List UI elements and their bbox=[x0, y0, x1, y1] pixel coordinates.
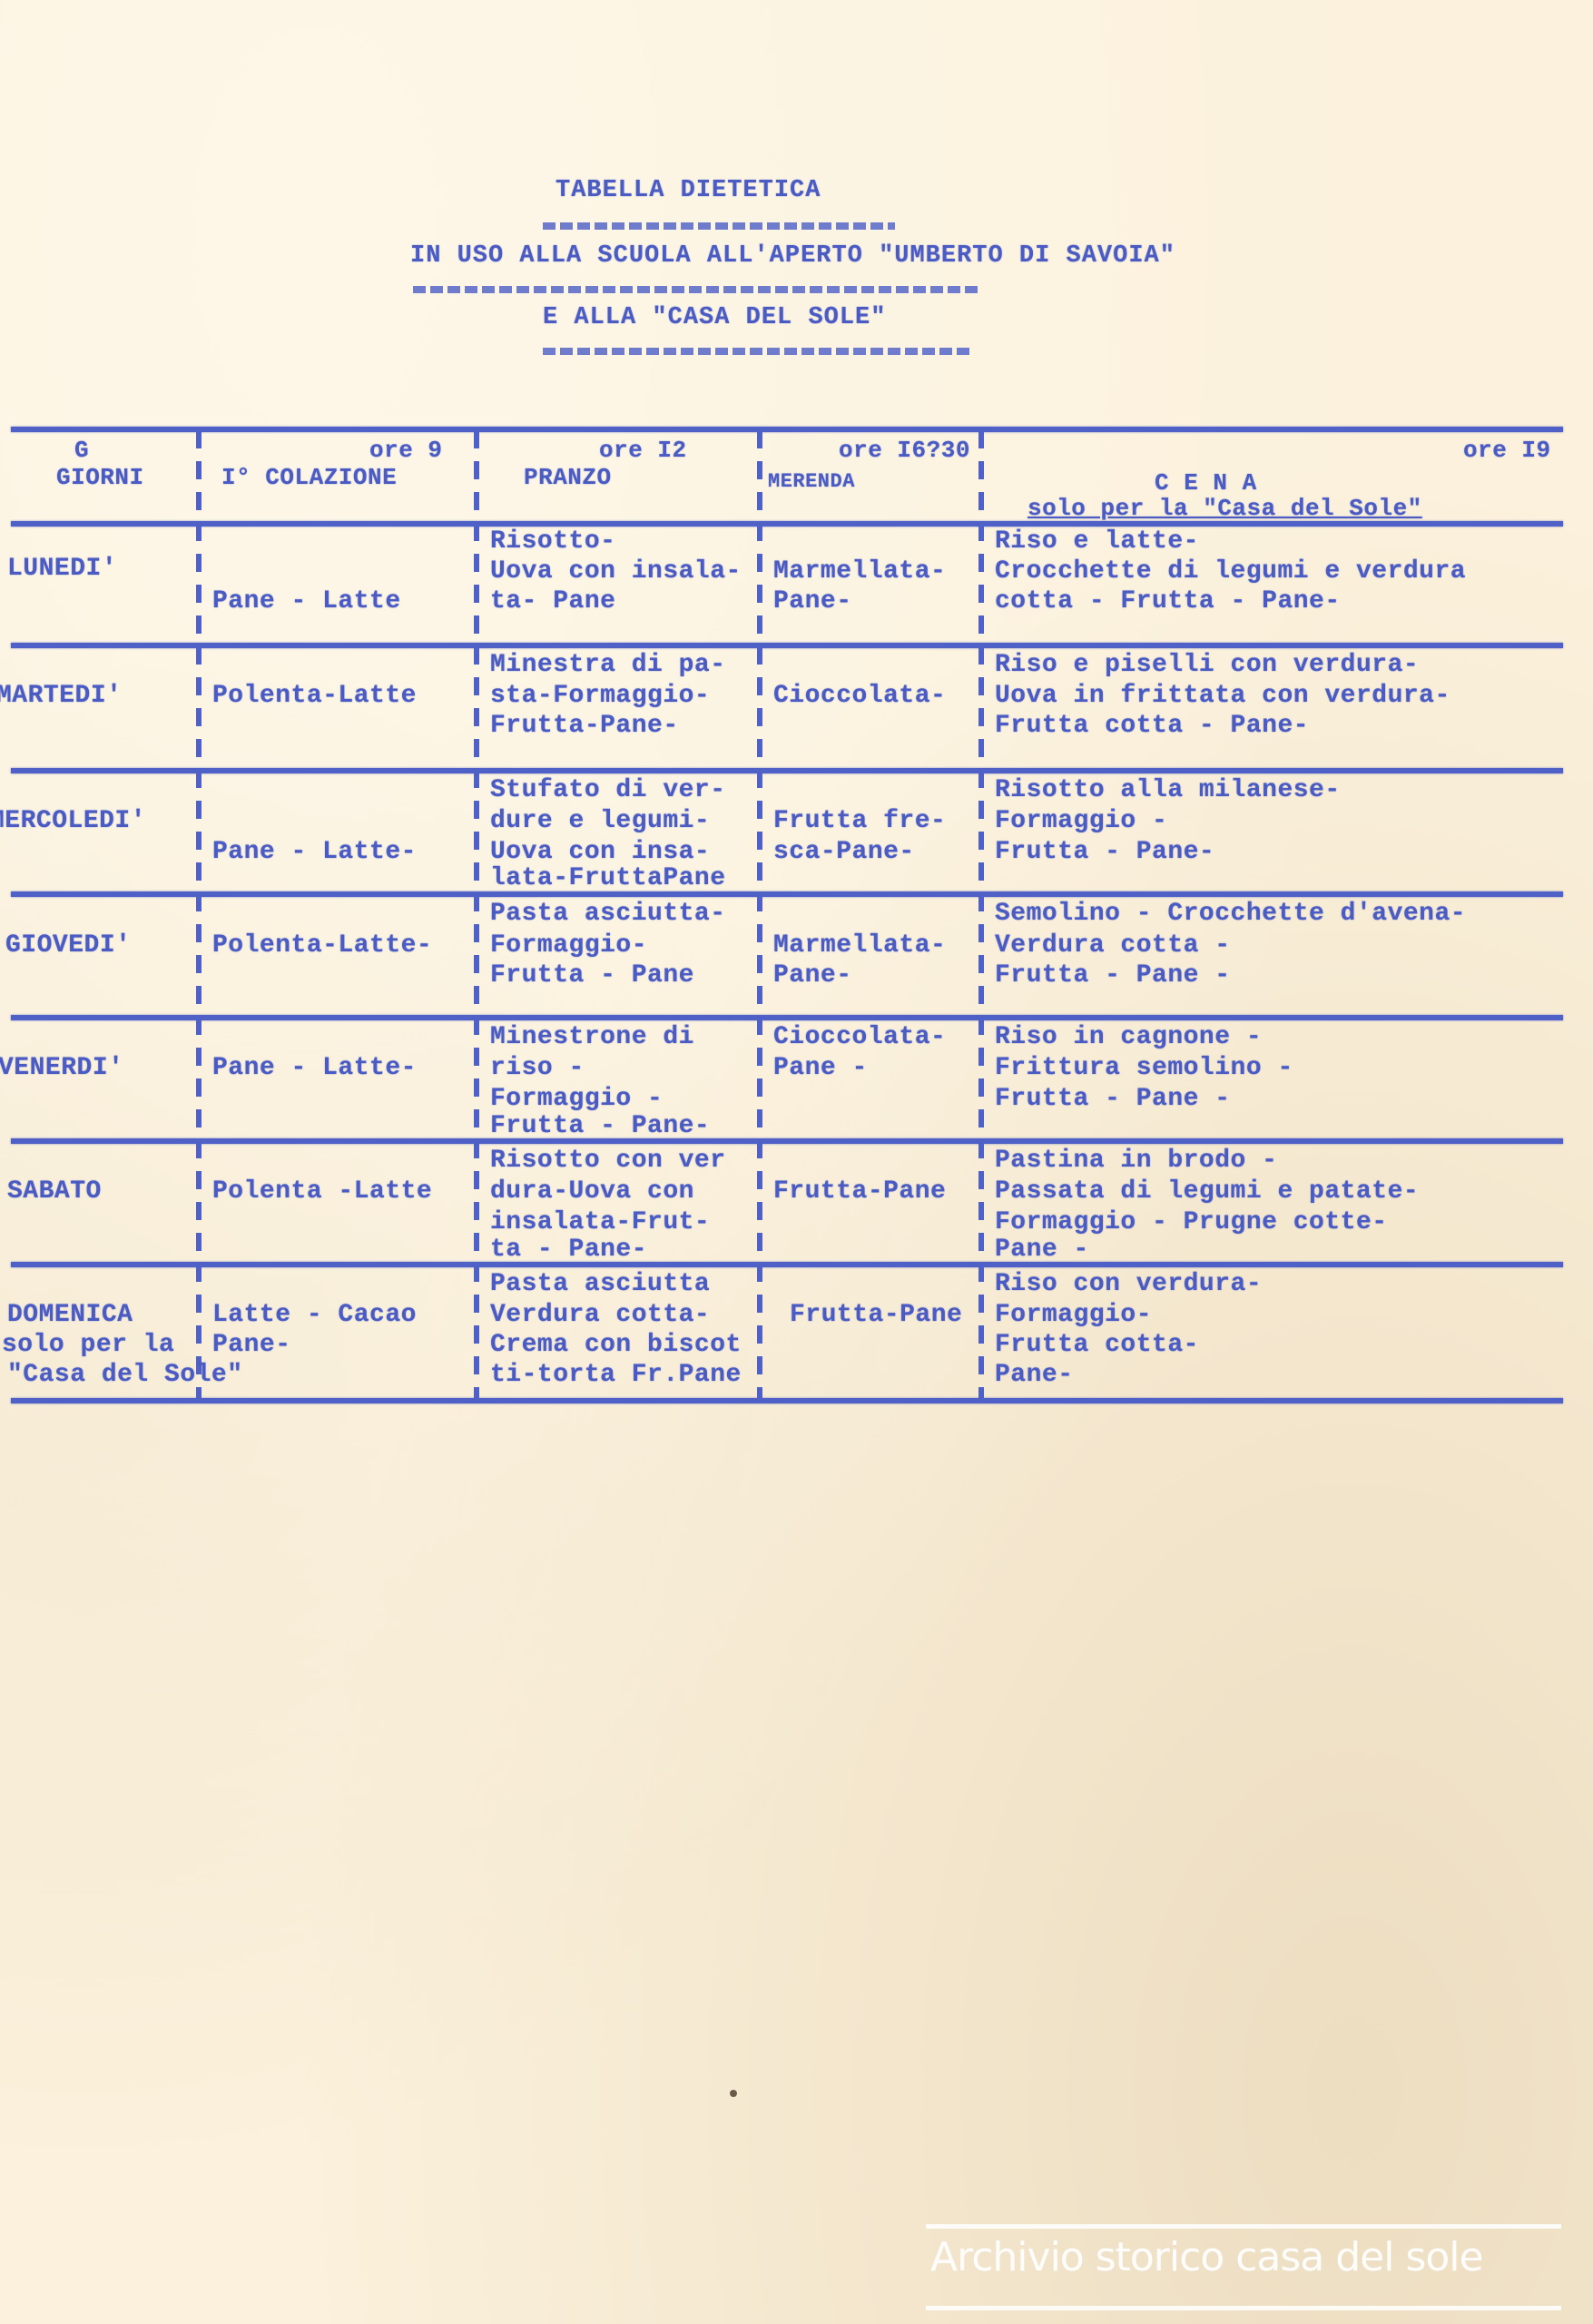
colazione-line: Pane - Latte bbox=[212, 586, 401, 616]
header-cena-time: ore I9 bbox=[1463, 436, 1551, 466]
cena-line: Formaggio- bbox=[995, 1300, 1152, 1330]
header-colazione-time: ore 9 bbox=[369, 436, 443, 466]
day-label: MARTEDI' bbox=[0, 681, 122, 711]
table-rule bbox=[11, 1398, 1563, 1403]
merenda-line: Marmellata- bbox=[773, 931, 946, 960]
pranzo-line: Minestra di pa- bbox=[490, 650, 726, 680]
cena-line: Passata di legumi e patate- bbox=[995, 1177, 1419, 1206]
header-colazione: I° COLAZIONE bbox=[221, 463, 397, 493]
table-rule bbox=[11, 1138, 1563, 1144]
document-title: TABELLA DIETETICA bbox=[556, 177, 821, 204]
cena-line: Frittura semolino - bbox=[995, 1053, 1293, 1083]
merenda-line: Marmellata- bbox=[773, 556, 946, 586]
header-giorni-note: G bbox=[74, 436, 89, 466]
merenda-line: Pane- bbox=[773, 586, 852, 616]
pranzo-line: ti-torta Fr.Pane bbox=[490, 1360, 742, 1390]
pranzo-line: Risotto- bbox=[490, 527, 615, 556]
cena-line: Verdura cotta - bbox=[995, 931, 1231, 960]
pranzo-line: Stufato di ver- bbox=[490, 775, 726, 805]
column-divider bbox=[757, 430, 762, 1398]
cena-line: Frutta - Pane - bbox=[995, 960, 1231, 990]
cena-line: Formaggio - bbox=[995, 806, 1167, 836]
pranzo-line: dure e legumi- bbox=[490, 806, 710, 836]
paper-speck bbox=[730, 2090, 737, 2097]
column-divider bbox=[978, 430, 984, 1398]
pranzo-line: Frutta-Pane- bbox=[490, 711, 679, 741]
day-label: DOMENICA bbox=[7, 1300, 133, 1330]
pranzo-line: Crema con biscot bbox=[490, 1330, 742, 1360]
watermark-rule-bottom bbox=[926, 2306, 1561, 2310]
pranzo-line: Pasta asciutta bbox=[490, 1269, 710, 1299]
watermark-rule-top bbox=[926, 2224, 1561, 2229]
subtitle-underline bbox=[413, 286, 980, 293]
document-subtitle-line2: E ALLA "CASA DEL SOLE" bbox=[543, 304, 886, 331]
merenda-line: Cioccolata- bbox=[773, 1022, 946, 1052]
pranzo-line: Minestrone di bbox=[490, 1022, 694, 1052]
day-note: solo per la bbox=[2, 1330, 174, 1360]
header-giorni: GIORNI bbox=[56, 463, 144, 493]
header-cena-note: solo per la "Casa del Sole" bbox=[1028, 494, 1422, 524]
pranzo-line: Uova con insala- bbox=[490, 556, 742, 586]
day-label: LUNEDI' bbox=[7, 554, 117, 584]
merenda-line: Pane- bbox=[773, 960, 852, 990]
pranzo-line: Formaggio- bbox=[490, 931, 647, 960]
colazione-line: Pane - Latte- bbox=[212, 1053, 417, 1083]
pranzo-line: riso - bbox=[490, 1053, 585, 1083]
colazione-line: Polenta-Latte bbox=[212, 681, 417, 711]
table-rule bbox=[11, 643, 1563, 648]
day-label: MERCOLEDI' bbox=[0, 806, 146, 836]
colazione-line: Pane - Latte- bbox=[212, 837, 417, 867]
pranzo-line: ta - Pane- bbox=[490, 1235, 647, 1265]
pranzo-line: Formaggio - bbox=[490, 1084, 663, 1114]
cena-line: cotta - Frutta - Pane- bbox=[995, 586, 1341, 616]
merenda-line: Pane - bbox=[773, 1053, 868, 1083]
table-rule bbox=[11, 1015, 1563, 1020]
pranzo-line: ta- Pane bbox=[490, 586, 615, 616]
header-merenda: MERENDA bbox=[768, 467, 855, 497]
colazione-line: Polenta -Latte bbox=[212, 1177, 432, 1206]
cena-line: Pane - bbox=[995, 1235, 1089, 1265]
pranzo-line: Frutta - Pane bbox=[490, 960, 694, 990]
column-divider bbox=[474, 430, 479, 1398]
pranzo-line: insalata-Frut- bbox=[490, 1207, 710, 1237]
cena-line: Uova in frittata con verdura- bbox=[995, 681, 1450, 711]
archive-watermark: Archivio storico casa del sole bbox=[926, 2224, 1575, 2310]
header-pranzo: PRANZO bbox=[524, 463, 612, 493]
cena-line: Crocchette di legumi e verdura bbox=[995, 556, 1466, 586]
cena-line: Frutta - Pane - bbox=[995, 1084, 1231, 1114]
table-rule bbox=[11, 891, 1563, 897]
header-merenda-time: ore I6?30 bbox=[839, 436, 970, 466]
merenda-line: Frutta-Pane bbox=[773, 1177, 946, 1206]
header-pranzo-time: ore I2 bbox=[599, 436, 687, 466]
cena-line: Pastina in brodo - bbox=[995, 1146, 1277, 1176]
cena-line: Risotto alla milanese- bbox=[995, 775, 1341, 805]
table-rule bbox=[11, 768, 1563, 773]
pranzo-line: Frutta - Pane- bbox=[490, 1111, 710, 1141]
day-note: "Casa del Sole" bbox=[7, 1360, 243, 1390]
title-underline bbox=[543, 222, 895, 230]
table-rule bbox=[11, 1262, 1563, 1267]
colazione-line: Pane- bbox=[212, 1330, 291, 1360]
pranzo-line: sta-Formaggio- bbox=[490, 681, 710, 711]
cena-line: Riso con verdura- bbox=[995, 1269, 1262, 1299]
subtitle2-underline bbox=[543, 348, 971, 355]
cena-line: Riso e piselli con verdura- bbox=[995, 650, 1419, 680]
colazione-line: Polenta-Latte- bbox=[212, 931, 432, 960]
pranzo-line: dura-Uova con bbox=[490, 1177, 694, 1206]
day-label: SABATO bbox=[7, 1177, 102, 1206]
document-subtitle-line1: IN USO ALLA SCUOLA ALL'APERTO "UMBERTO D… bbox=[410, 242, 1175, 270]
column-divider bbox=[196, 430, 202, 1398]
pranzo-line: Verdura cotta- bbox=[490, 1300, 710, 1330]
cena-line: Pane- bbox=[995, 1360, 1074, 1390]
cena-line: Riso e latte- bbox=[995, 527, 1199, 556]
cena-line: Frutta - Pane- bbox=[995, 837, 1214, 867]
pranzo-line: Risotto con ver bbox=[490, 1146, 726, 1176]
merenda-line: Frutta-Pane bbox=[790, 1300, 962, 1330]
cena-line: Formaggio - Prugne cotte- bbox=[995, 1207, 1388, 1237]
table-rule bbox=[11, 427, 1563, 432]
watermark-text: Archivio storico casa del sole bbox=[930, 2234, 1483, 2280]
pranzo-line: lata-FruttaPane bbox=[490, 863, 726, 893]
cena-line: Semolino - Crocchette d'avena- bbox=[995, 899, 1466, 929]
pranzo-line: Pasta asciutta- bbox=[490, 899, 726, 929]
merenda-line: Cioccolata- bbox=[773, 681, 946, 711]
cena-line: Frutta cotta - Pane- bbox=[995, 711, 1309, 741]
day-label: VENERDI' bbox=[0, 1053, 123, 1083]
merenda-line: sca-Pane- bbox=[773, 837, 915, 867]
diet-table: G GIORNI ore 9 I° COLAZIONE ore I2 PRANZ… bbox=[11, 427, 1563, 1412]
cena-line: Frutta cotta- bbox=[995, 1330, 1199, 1360]
day-label: GIOVEDI' bbox=[5, 931, 131, 960]
cena-line: Riso in cagnone - bbox=[995, 1022, 1262, 1052]
merenda-line: Frutta fre- bbox=[773, 806, 946, 836]
colazione-line: Latte - Cacao bbox=[212, 1300, 417, 1330]
